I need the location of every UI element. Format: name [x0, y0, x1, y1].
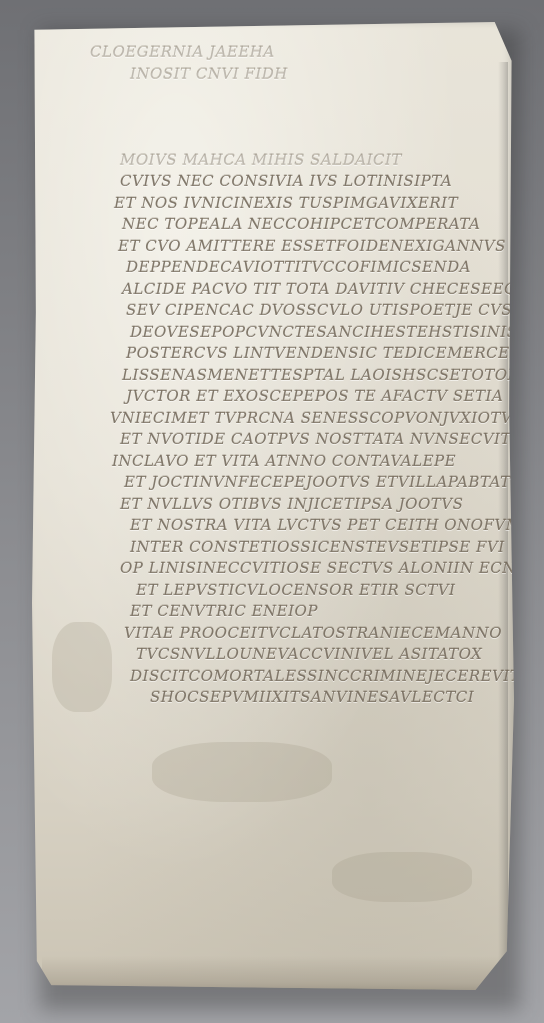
inscription-line: INTER CONSTETIOSSICENSTEVSETIPSE FVI: [90, 537, 480, 559]
inscription-line: ET CENVTRIC ENEIOP: [90, 601, 480, 623]
inscription-line: CVIVS NEC CONSIVIA IVS LOTINISIPTA: [90, 171, 480, 193]
inscribed-stone-slab: CLOEGERNIA JAEEHA INOSIT CNVI FIDH MOIVS…: [32, 22, 514, 990]
inscription-line: [90, 107, 480, 129]
inscription-line: INCLAVO ET VITA ATNNO CONTAVALEPE: [90, 451, 480, 473]
inscription-line: ET CVO AMITTERE ESSETFOIDENEXIGANNVS: [90, 236, 480, 258]
inscription-line: NEC TOPEALA NECCOHIPCETCOMPERATA: [90, 214, 480, 236]
inscription-line: ET NOS IVNICINEXIS TUSPIMGAVIXERIT: [90, 193, 480, 215]
inscription-line: POSTERCVS LINTVENDENSIC TEDICEMERCEIMA: [90, 343, 480, 365]
inscription-line: VNIECIMET TVPRCNA SENESSCOPVONJVXIOTVS A…: [90, 408, 480, 430]
inscription-line: ET JOCTINVNFECEPEJOOTVS ETVILLAPABTATST: [90, 472, 480, 494]
inscription-line: OP LINISINECCVITIOSE SECTVS ALONIIN ECNI: [90, 558, 480, 580]
slab-bottom-edge: [42, 956, 504, 990]
stone-chip: [332, 852, 472, 902]
stone-chip: [152, 742, 332, 802]
inscription-line: ET NVOTIDE CAOTPVS NOSTTATA NVNSECVIT: [90, 429, 480, 451]
inscription-line: MOIVS MAHCA MIHIS SALDAICIT: [90, 150, 480, 172]
inscription-line: [90, 128, 480, 150]
inscription: CLOEGERNIA JAEEHA INOSIT CNVI FIDH MOIVS…: [90, 42, 480, 709]
inscription-line: JVCTOR ET EXOSCEPEPOS TE AFACTV SETIA: [90, 386, 480, 408]
inscription-line: VITAE PROOCEITVCLATOSTRANIECEMANNO: [90, 623, 480, 645]
inscription-line: ET LEPVSTICVLOCENSOR ETIR SCTVI: [90, 580, 480, 602]
inscription-line: LISSENASMENETTESPTAL LAOISHSCSETOTONA: [90, 365, 480, 387]
inscription-line: ALCIDE PACVO TIT TOTA DAVITIV CHECESEEQT…: [90, 279, 480, 301]
inscription-line: INOSIT CNVI FIDH: [90, 64, 480, 86]
inscription-line: DEPPENDECAVIOTTITVCCOFIMICSENDA: [90, 257, 480, 279]
inscription-line: CLOEGERNIA JAEEHA: [90, 42, 480, 64]
inscription-line: DEOVESEPOPCVNCTESANCIHESTEHSTISINISERE: [90, 322, 480, 344]
slab-right-edge: [498, 62, 508, 962]
inscription-line: SHOCSEPVMIIXITSANVINESAVLECTCI: [90, 687, 480, 709]
inscription-line: SEV CIPENCAC DVOSSCVLO UTISPOETJE CVS: [90, 300, 480, 322]
inscription-line: DISCITCOMORTALESSINCCRIMINEJECEREVITAM: [90, 666, 480, 688]
inscription-line: TVCSNVLLOUNEVACCVINIVEL ASITATOX: [90, 644, 480, 666]
inscription-line: ET NVLLVS OTIBVS INJICETIPSA JOOTVS: [90, 494, 480, 516]
inscription-line: [90, 85, 480, 107]
inscription-line: ET NOSTRA VITA LVCTVS PET CEITH ONOFVM: [90, 515, 480, 537]
